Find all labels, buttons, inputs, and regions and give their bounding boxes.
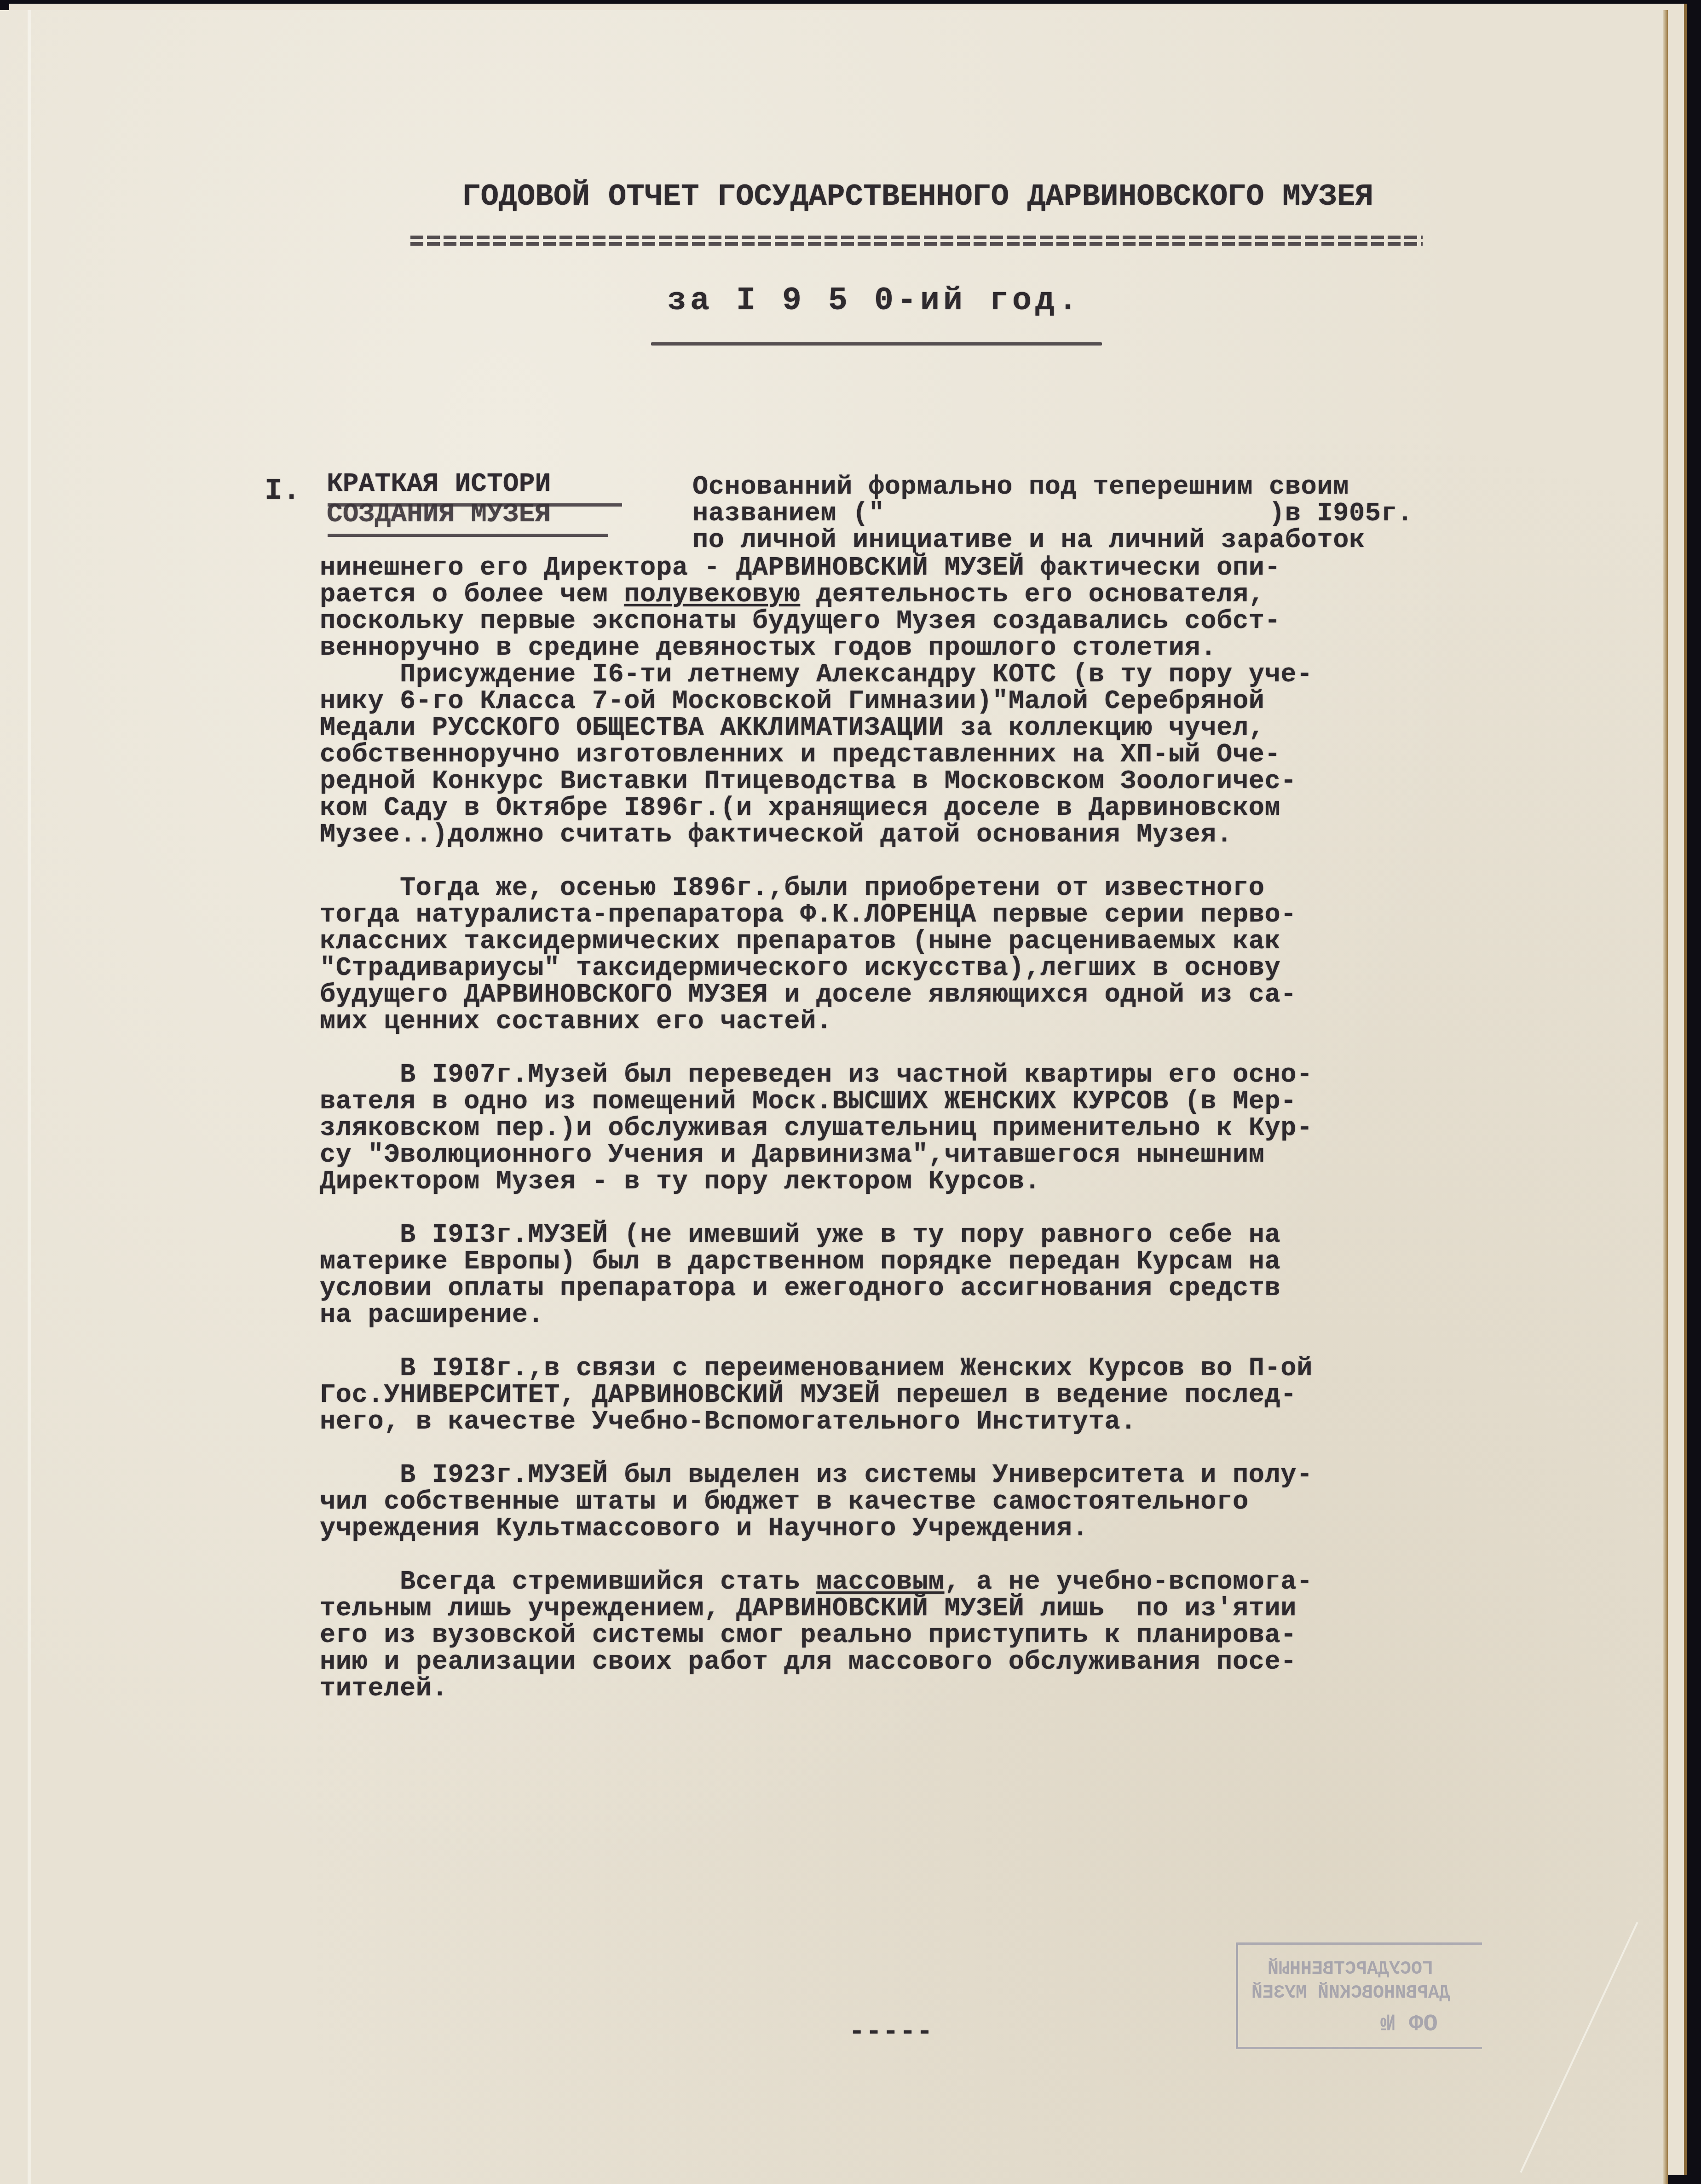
text-line: условии оплаты препаратора и ежегодного … <box>320 1275 1313 1302</box>
section-body: нинешнего его Директора - ДАРВИНОВСКИЙ М… <box>320 555 1313 1702</box>
text-line: будущего ДАРВИНОВСКОГО МУЗЕЯ и доселе яв… <box>320 982 1313 1008</box>
text-line: "Страдивариусы" таксидермического искусс… <box>320 955 1313 982</box>
underlined-word: массовым <box>816 1567 944 1597</box>
paragraph: В I9I3г.МУЗЕЙ (не имевший уже в ту пору … <box>320 1222 1313 1329</box>
text-line: тогда натуралиста-препаратора Ф.К.ЛОРЕНЦ… <box>320 902 1313 928</box>
page-edge <box>1663 10 1668 2184</box>
heading-underline <box>328 503 622 507</box>
paragraph-gap <box>320 1035 1313 1062</box>
binding-crease <box>28 10 31 2184</box>
paragraph-gap <box>320 1195 1313 1222</box>
text-line: чил собственные штаты и бюджет в качеств… <box>320 1489 1313 1516</box>
text-line: названием (" )в I905г. <box>692 501 1413 527</box>
text-line-underlined: рается о более чем полувековую деятельно… <box>320 582 1313 608</box>
section-heading-line: КРАТКАЯ ИСТОРИ <box>327 469 649 500</box>
text-line: су "Эволюционного Учения и Дарвинизма",ч… <box>320 1142 1313 1169</box>
text-line: на расширение. <box>320 1302 1313 1329</box>
text-line: В I9I8г.,в связи с переименованием Женск… <box>320 1355 1313 1382</box>
subtitle-underline <box>651 342 1102 346</box>
text-line: поскольку первые экспонаты будущего Музе… <box>320 608 1313 635</box>
text-line: венноручно в средине девяностых годов пр… <box>320 635 1313 662</box>
text-line: тителей. <box>320 1676 1313 1702</box>
paragraph: Тогда же, осенью I896г.,были приобретени… <box>320 875 1313 1035</box>
text-line: вателя в одно из помещений Моск.ВЫСШИХ Ж… <box>320 1089 1313 1115</box>
text-line: нинешнего его Директора - ДАРВИНОВСКИЙ М… <box>320 555 1313 582</box>
text-line: Тогда же, осенью I896г.,были приобретени… <box>320 875 1313 902</box>
text-line: Медали РУССКОГО ОБЩЕСТВА АККЛИМАТИЗАЦИИ … <box>320 715 1313 742</box>
paragraph: Присуждение I6-ти летнему Александру КОТ… <box>320 662 1313 848</box>
heading-underline <box>328 534 608 537</box>
text-line: зляковском пер.)и обслуживая слушательни… <box>320 1115 1313 1142</box>
end-mark: ----- <box>849 2017 934 2047</box>
text-line: его из вузовской системы смог реально пр… <box>320 1622 1313 1649</box>
text-line: Основанний формально под теперешним свои… <box>692 474 1413 501</box>
text-line: В I9I3г.МУЗЕЙ (не имевший уже в ту пору … <box>320 1222 1313 1249</box>
text-line: нику 6-го Класса 7-ой Московской Гимнази… <box>320 688 1313 715</box>
paragraph-gap <box>320 1329 1313 1355</box>
text-line: тельным лишь учреждением, ДАРВИНОВСКИЙ М… <box>320 1596 1313 1622</box>
stamp-text: ДАРВИНОВСКИЙ МУЗЕЙ <box>1251 1983 1450 2004</box>
section-intro: Основанний формально под теперешним свои… <box>692 474 1413 554</box>
underlined-word: полувековую <box>624 580 800 610</box>
text-line: редной Конкурс Виставки Птицеводства в М… <box>320 768 1313 795</box>
text-line: него, в качестве Учебно-Вспомогательного… <box>320 1409 1313 1435</box>
text-line: по личной инициативе и на личний заработ… <box>692 527 1413 554</box>
text-line: ком Саду в Октябре I896г.(и хранящиеся д… <box>320 795 1313 822</box>
text-line: В I907г.Музей был переведен из частной к… <box>320 1062 1313 1089</box>
paragraph-gap <box>320 1435 1313 1462</box>
paragraph: В I9I8г.,в связи с переименованием Женск… <box>320 1355 1313 1435</box>
title-double-rule <box>410 236 1423 246</box>
text-line: Музее..)должно считать фактической датой… <box>320 822 1313 848</box>
document-title: ГОДОВОЙ ОТЧЕТ ГОСУДАРСТВЕННОГО ДАРВИНОВС… <box>405 179 1431 214</box>
text-line: мих ценних составних его частей. <box>320 1008 1313 1035</box>
paragraph-gap <box>320 1542 1313 1569</box>
stamp-text: ОФ № <box>1380 2011 1438 2038</box>
text-line: Присуждение I6-ти летнему Александру КОТ… <box>320 662 1313 688</box>
text-line: собственноручно изготовленних и представ… <box>320 742 1313 768</box>
paragraph: В I923г.МУЗЕЙ был выделен из системы Уни… <box>320 1462 1313 1542</box>
paragraph-gap <box>320 848 1313 875</box>
text-line: классних таксидермических препаратов (ны… <box>320 928 1313 955</box>
paragraph: нинешнего его Директора - ДАРВИНОВСКИЙ М… <box>320 555 1313 662</box>
section-number: I. <box>265 475 301 508</box>
text-line: Гос.УНИВЕРСИТЕТ, ДАРВИНОВСКИЙ МУЗЕЙ пере… <box>320 1382 1313 1409</box>
section-heading: КРАТКАЯ ИСТОРИ СОЗДАНИЯ МУЗЕЯ <box>327 469 649 530</box>
document-subtitle: за I 9 5 0-ий год. <box>644 283 1104 319</box>
text-line: Директором Музея - в ту пору лектором Ку… <box>320 1169 1313 1195</box>
paragraph: В I907г.Музей был переведен из частной к… <box>320 1062 1313 1195</box>
text-line: материке Европы) был в дарственном поряд… <box>320 1249 1313 1275</box>
paragraph: Всегда стремившийся стать массовым, а не… <box>320 1569 1313 1702</box>
text-line: В I923г.МУЗЕЙ был выделен из системы Уни… <box>320 1462 1313 1489</box>
text-line: нию и реализации своих работ для массово… <box>320 1649 1313 1676</box>
text-line: учреждения Культмассового и Научного Учр… <box>320 1516 1313 1542</box>
stamp-text: ГОСУДАРСТВЕННЫЙ <box>1268 1959 1433 1980</box>
text-line-underlined: Всегда стремившийся стать массовым, а не… <box>320 1569 1313 1596</box>
